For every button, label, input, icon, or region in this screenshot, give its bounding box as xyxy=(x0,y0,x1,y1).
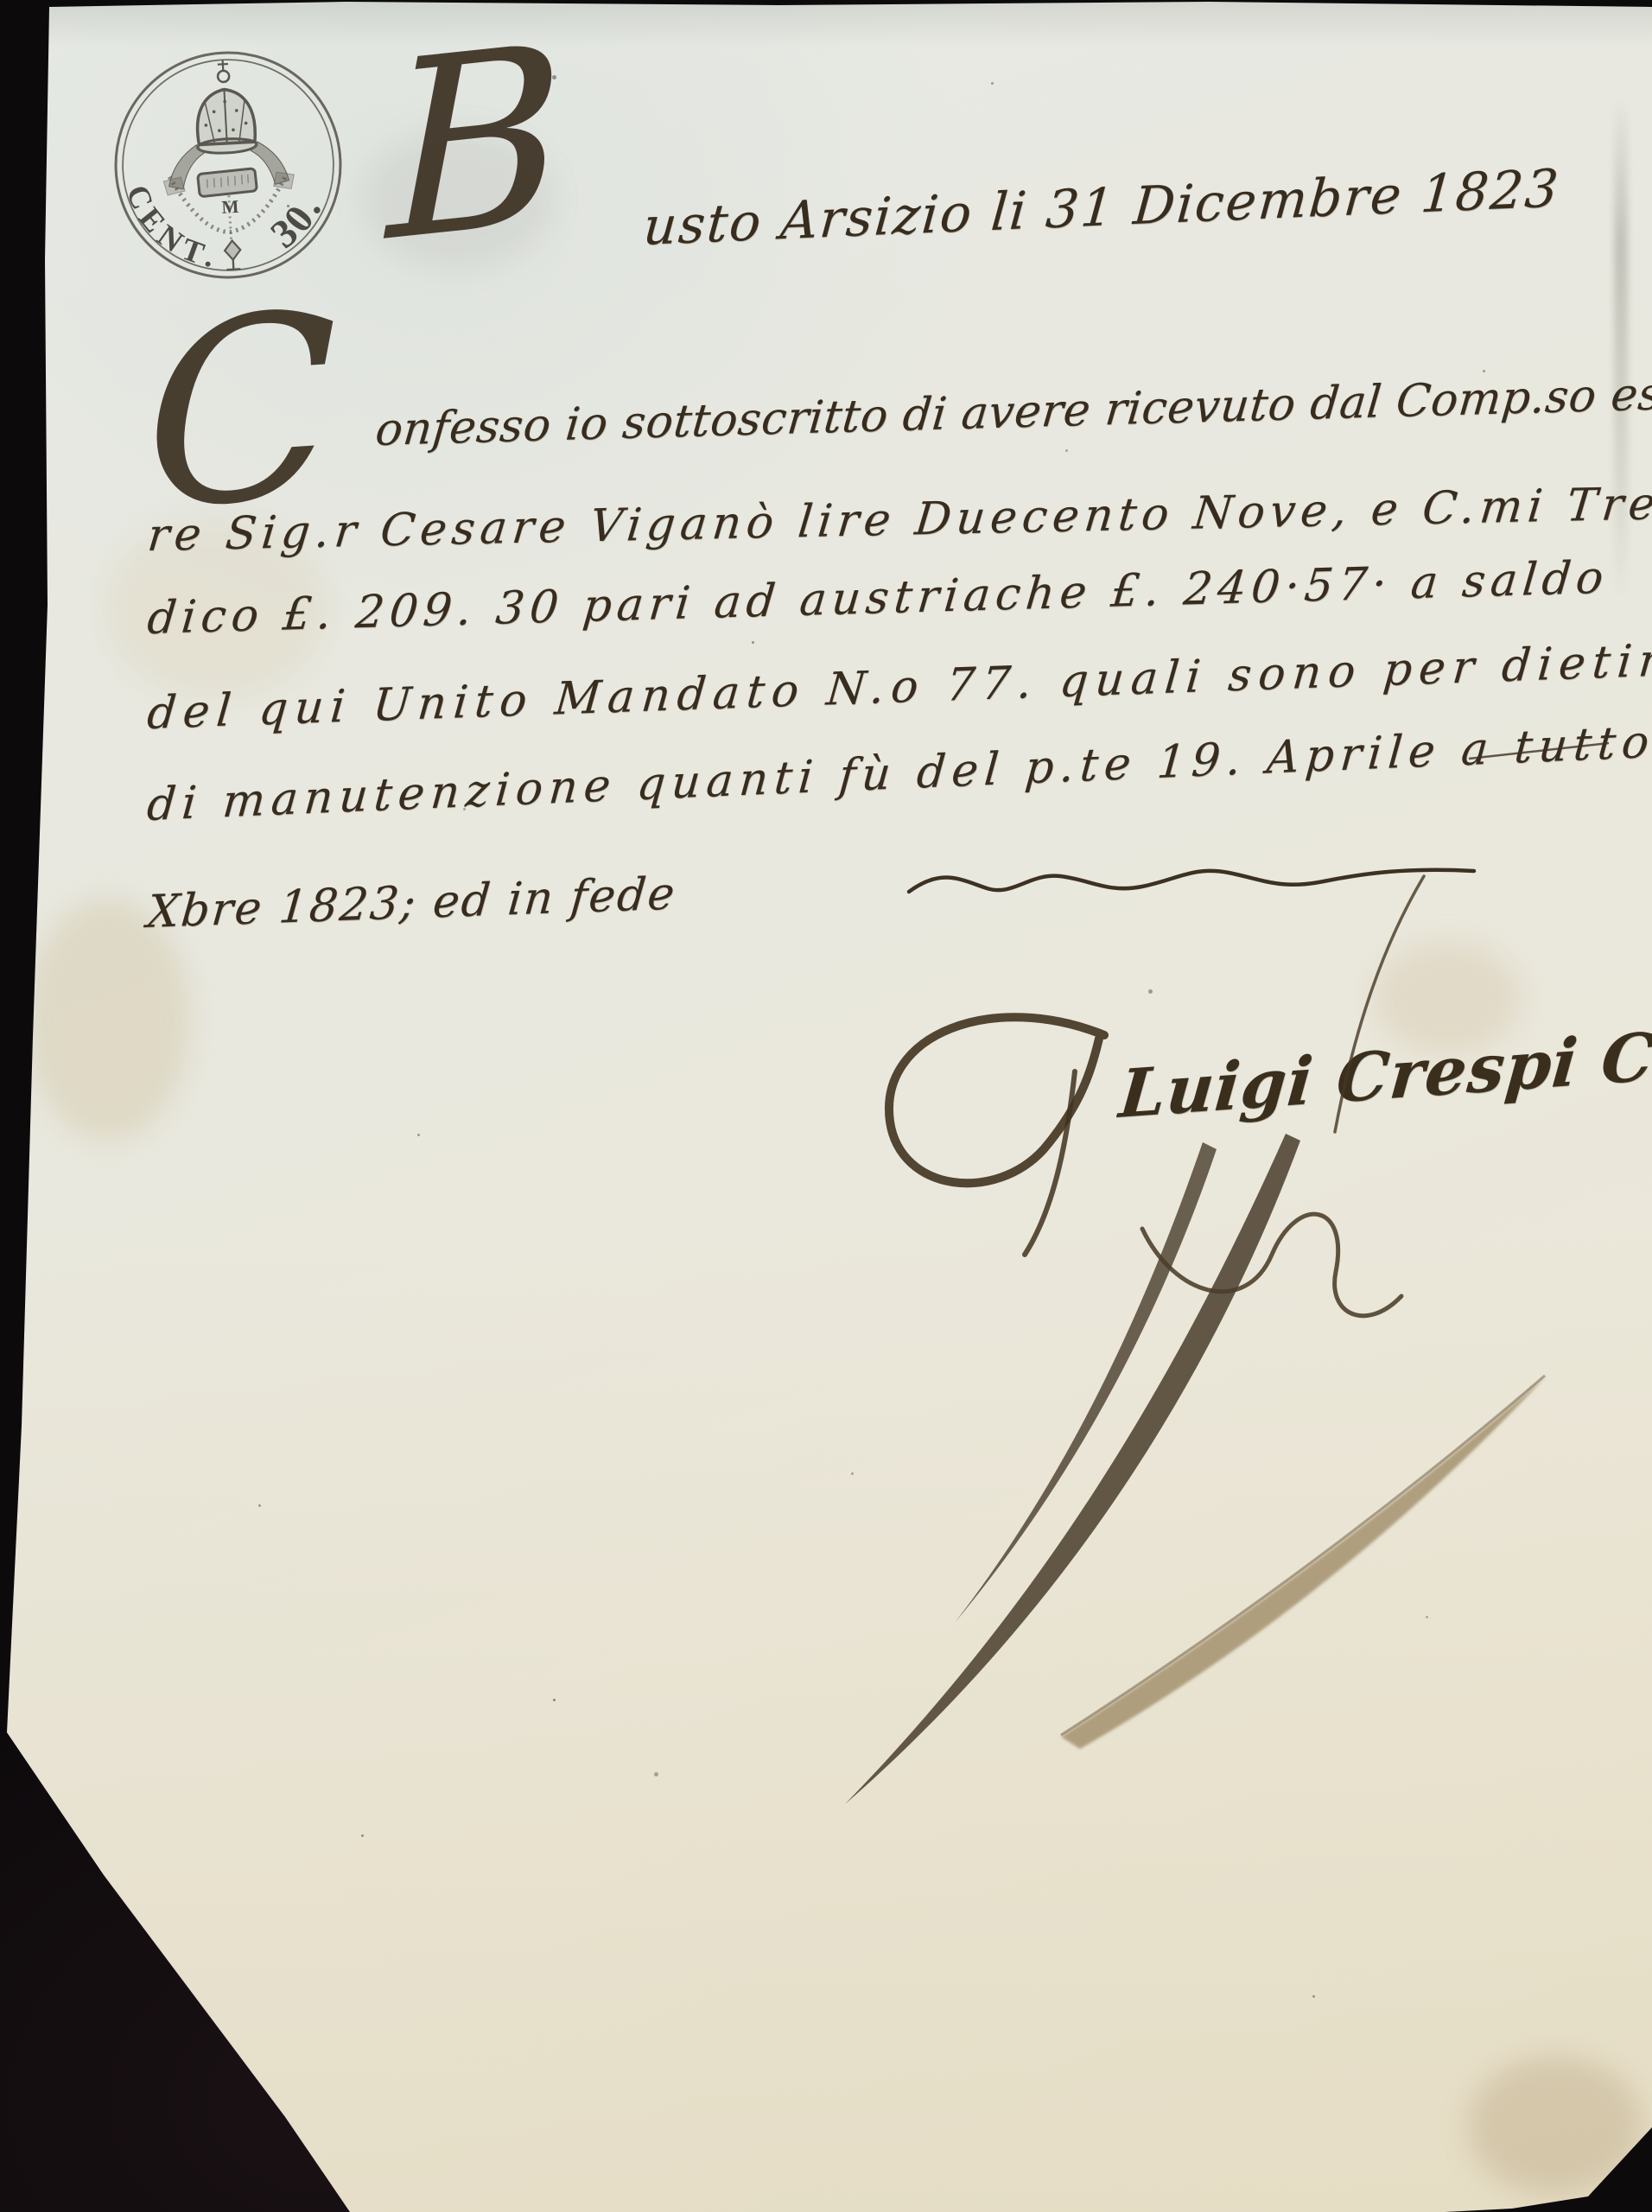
signature-broad-sweep-edge xyxy=(1061,1376,1545,1735)
body-line-2: re Sig.r Cesare Viganò lire Duecento Nov… xyxy=(145,476,1652,562)
photo-backdrop: M CENT. 30. B usto Arsizio li 31 Dicembr… xyxy=(0,0,1652,2212)
body-line-1: onfesso io sottoscritto di avere ricevut… xyxy=(373,365,1652,456)
document-paper: M CENT. 30. B usto Arsizio li 31 Dicembr… xyxy=(0,0,1652,2212)
signature-stroke-short xyxy=(955,1142,1217,1623)
paper-speckles xyxy=(0,0,3,3)
signature-broad-sweep xyxy=(1061,1376,1547,1749)
body-line-5: di manutenzione quanti fù del p.te 19. A… xyxy=(145,716,1652,831)
body-initial: C xyxy=(145,278,338,544)
body-line-3: dico £. 209. 30 pari ad austriache £. 24… xyxy=(145,552,1611,645)
dateline-initial: B xyxy=(387,12,565,276)
stamp-value-label: 30. xyxy=(261,186,334,258)
fede-flourish xyxy=(909,870,1474,892)
signature-stroke-long xyxy=(845,1134,1300,1804)
body-line-4: del qui Unito Mandato N.o 77. quali sono… xyxy=(145,634,1652,740)
signature-loop-descender xyxy=(1025,1071,1075,1255)
body-line-6: Xbre 1823; ed in fede xyxy=(145,868,678,938)
crown-icon xyxy=(193,58,257,154)
dateline-text: usto Arsizio li 31 Dicembre 1823 xyxy=(641,158,1562,257)
paper-stain xyxy=(1469,2056,1642,2195)
signature-underloops xyxy=(1142,1214,1401,1316)
signature-loop xyxy=(889,1017,1104,1183)
signature-name: Luigi Crespi Cap. xyxy=(1116,1010,1652,1133)
revenue-stamp: M CENT. 30. xyxy=(105,41,352,289)
stamp-monogram: M xyxy=(221,196,239,218)
stamp-banner xyxy=(197,168,257,197)
